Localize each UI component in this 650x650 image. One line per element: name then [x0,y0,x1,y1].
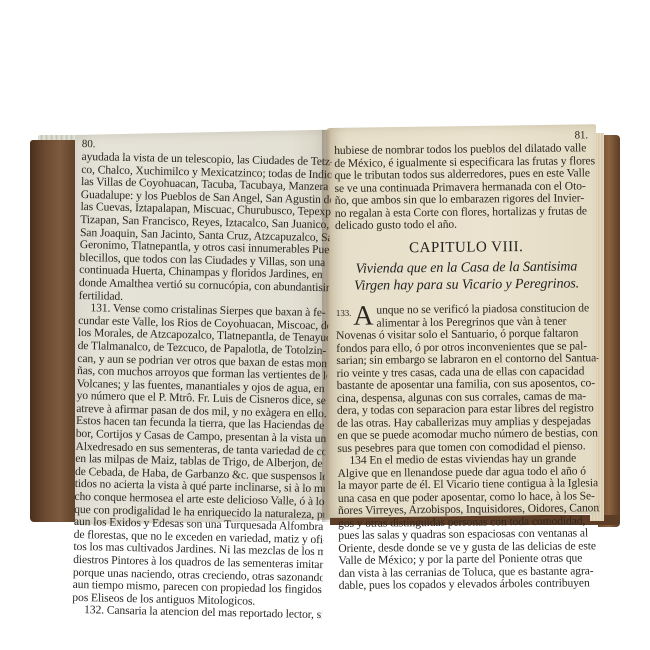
text-line: alimentar à los Peregrinos que vàn à ten… [376,315,598,330]
paragraph-number: 134 [349,454,366,467]
right-page-text: 81. hubiese de nombrar todos los pueblos… [334,129,601,592]
paragraph-number: 132. [84,604,104,617]
chapter-subtitle: Vivienda que en la Casa de la Santisima … [335,258,597,295]
drop-cap: A [353,305,373,329]
chapter-heading: CAPITULO VIII. [335,240,597,255]
paragraph-133: 133. A unque no se verificó la piadosa c… [336,302,598,330]
paragraph-number: 133. [336,305,352,321]
open-book: 80. ayudada la vista de un telescopio, l… [0,0,650,650]
text-line: delicado gusto todo el año. [335,217,597,232]
paragraph-number: 131. [90,302,110,315]
left-page-text: 80. ayudada la vista de un telescopio, l… [72,138,332,622]
left-cover-edge [30,140,80,522]
text-line: dable, pues los copados y elevados árbol… [339,577,601,592]
